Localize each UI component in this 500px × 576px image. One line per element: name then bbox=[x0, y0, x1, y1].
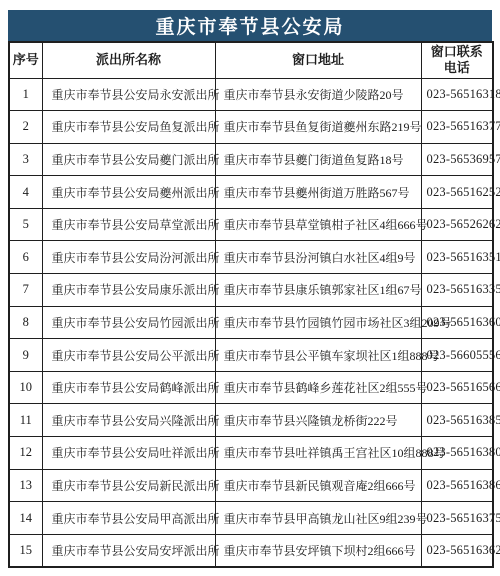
window-address: 重庆市奉节县吐祥镇禹王宫社区10组888号 bbox=[215, 437, 421, 470]
window-phone: 023-56516360 bbox=[421, 306, 493, 339]
station-name: 重庆市奉节县公安局鱼复派出所 bbox=[42, 111, 215, 144]
window-phone: 023-56526262 bbox=[421, 208, 493, 241]
window-phone: 023-56516375 bbox=[421, 502, 493, 535]
row-no: 3 bbox=[9, 143, 42, 176]
row-no: 4 bbox=[9, 176, 42, 209]
window-phone: 023-56605556 bbox=[421, 339, 493, 372]
window-address: 重庆市奉节县夔州街道万胜路567号 bbox=[215, 176, 421, 209]
title-bar: 重庆市奉节县公安局 bbox=[8, 10, 492, 41]
row-no: 15 bbox=[9, 534, 42, 567]
row-no: 12 bbox=[9, 437, 42, 470]
window-address: 重庆市奉节县永安街道少陵路20号 bbox=[215, 78, 421, 111]
column-header-station: 派出所名称 bbox=[42, 42, 215, 78]
table-row: 3重庆市奉节县公安局夔门派出所重庆市奉节县夔门街道鱼复路18号023-56536… bbox=[9, 143, 493, 176]
window-address: 重庆市奉节县汾河镇白水社区4组9号 bbox=[215, 241, 421, 274]
window-phone: 023-56516566 bbox=[421, 371, 493, 404]
table-row: 11重庆市奉节县公安局兴隆派出所重庆市奉节县兴隆镇龙桥街222号023-5651… bbox=[9, 404, 493, 437]
station-name: 重庆市奉节县公安局康乐派出所 bbox=[42, 274, 215, 307]
row-no: 10 bbox=[9, 371, 42, 404]
station-name: 重庆市奉节县公安局永安派出所 bbox=[42, 78, 215, 111]
window-address: 重庆市奉节县竹园镇竹园市场社区3组209号 bbox=[215, 306, 421, 339]
table-row: 1重庆市奉节县公安局永安派出所重庆市奉节县永安街道少陵路20号023-56516… bbox=[9, 78, 493, 111]
row-no: 13 bbox=[9, 469, 42, 502]
table-body: 1重庆市奉节县公安局永安派出所重庆市奉节县永安街道少陵路20号023-56516… bbox=[9, 78, 493, 567]
table-row: 6重庆市奉节县公安局汾河派出所重庆市奉节县汾河镇白水社区4组9号023-5651… bbox=[9, 241, 493, 274]
station-name: 重庆市奉节县公安局夔州派出所 bbox=[42, 176, 215, 209]
column-header-phone: 窗口联系电话 bbox=[421, 42, 493, 78]
window-address: 重庆市奉节县安坪镇下坝村2组666号 bbox=[215, 534, 421, 567]
column-header-address: 窗口地址 bbox=[215, 42, 421, 78]
table-row: 7重庆市奉节县公安局康乐派出所重庆市奉节县康乐镇郭家社区1组67号023-565… bbox=[9, 274, 493, 307]
row-no: 5 bbox=[9, 208, 42, 241]
window-address: 重庆市奉节县新民镇观音庵2组666号 bbox=[215, 469, 421, 502]
window-phone: 023-56516385 bbox=[421, 404, 493, 437]
row-no: 7 bbox=[9, 274, 42, 307]
row-no: 1 bbox=[9, 78, 42, 111]
window-address: 重庆市奉节县鱼复街道夔州东路219号 bbox=[215, 111, 421, 144]
station-name: 重庆市奉节县公安局汾河派出所 bbox=[42, 241, 215, 274]
row-no: 9 bbox=[9, 339, 42, 372]
table-row: 12重庆市奉节县公安局吐祥派出所重庆市奉节县吐祥镇禹王宫社区10组888号023… bbox=[9, 437, 493, 470]
table-row: 15重庆市奉节县公安局安坪派出所重庆市奉节县安坪镇下坝村2组666号023-56… bbox=[9, 534, 493, 567]
row-no: 11 bbox=[9, 404, 42, 437]
station-name: 重庆市奉节县公安局兴隆派出所 bbox=[42, 404, 215, 437]
window-phone: 023-56516362 bbox=[421, 534, 493, 567]
station-name: 重庆市奉节县公安局吐祥派出所 bbox=[42, 437, 215, 470]
station-name: 重庆市奉节县公安局草堂派出所 bbox=[42, 208, 215, 241]
window-address: 重庆市奉节县兴隆镇龙桥街222号 bbox=[215, 404, 421, 437]
row-no: 14 bbox=[9, 502, 42, 535]
table-row: 2重庆市奉节县公安局鱼复派出所重庆市奉节县鱼复街道夔州东路219号023-565… bbox=[9, 111, 493, 144]
table-row: 4重庆市奉节县公安局夔州派出所重庆市奉节县夔州街道万胜路567号023-5651… bbox=[9, 176, 493, 209]
table-row: 14重庆市奉节县公安局甲高派出所重庆市奉节县甲高镇龙山社区9组239号023-5… bbox=[9, 502, 493, 535]
station-name: 重庆市奉节县公安局公平派出所 bbox=[42, 339, 215, 372]
station-name: 重庆市奉节县公安局竹园派出所 bbox=[42, 306, 215, 339]
station-name: 重庆市奉节县公安局夔门派出所 bbox=[42, 143, 215, 176]
window-phone: 023-56516377 bbox=[421, 111, 493, 144]
station-name: 重庆市奉节县公安局鹤峰派出所 bbox=[42, 371, 215, 404]
row-no: 8 bbox=[9, 306, 42, 339]
window-phone: 023-56516351 bbox=[421, 241, 493, 274]
window-phone: 023-56516318 bbox=[421, 78, 493, 111]
header-row: 序号 派出所名称 窗口地址 窗口联系电话 bbox=[9, 42, 493, 78]
row-no: 2 bbox=[9, 111, 42, 144]
table-row: 5重庆市奉节县公安局草堂派出所重庆市奉节县草堂镇柑子社区4组666号023-56… bbox=[9, 208, 493, 241]
column-header-no: 序号 bbox=[9, 42, 42, 78]
window-phone: 023-56516380 bbox=[421, 437, 493, 470]
window-address: 重庆市奉节县康乐镇郭家社区1组67号 bbox=[215, 274, 421, 307]
police-station-table: 序号 派出所名称 窗口地址 窗口联系电话 1重庆市奉节县公安局永安派出所重庆市奉… bbox=[8, 41, 494, 568]
window-address: 重庆市奉节县草堂镇柑子社区4组666号 bbox=[215, 208, 421, 241]
page: 重庆市奉节县公安局 序号 派出所名称 窗口地址 窗口联系电话 1重庆市奉节县公安… bbox=[0, 0, 500, 576]
table-row: 10重庆市奉节县公安局鹤峰派出所重庆市奉节县鹤峰乡莲花社区2组555号023-5… bbox=[9, 371, 493, 404]
window-phone: 023-56516386 bbox=[421, 469, 493, 502]
window-phone: 023-56536957 bbox=[421, 143, 493, 176]
window-phone: 023-56516335 bbox=[421, 274, 493, 307]
window-address: 重庆市奉节县夔门街道鱼复路18号 bbox=[215, 143, 421, 176]
window-address: 重庆市奉节县公平镇车家坝社区1组888号 bbox=[215, 339, 421, 372]
table-row: 13重庆市奉节县公安局新民派出所重庆市奉节县新民镇观音庵2组666号023-56… bbox=[9, 469, 493, 502]
page-title: 重庆市奉节县公安局 bbox=[155, 12, 344, 39]
station-name: 重庆市奉节县公安局新民派出所 bbox=[42, 469, 215, 502]
table-row: 8重庆市奉节县公安局竹园派出所重庆市奉节县竹园镇竹园市场社区3组209号023-… bbox=[9, 306, 493, 339]
station-name: 重庆市奉节县公安局安坪派出所 bbox=[42, 534, 215, 567]
station-name: 重庆市奉节县公安局甲高派出所 bbox=[42, 502, 215, 535]
window-address: 重庆市奉节县甲高镇龙山社区9组239号 bbox=[215, 502, 421, 535]
table-row: 9重庆市奉节县公安局公平派出所重庆市奉节县公平镇车家坝社区1组888号023-5… bbox=[9, 339, 493, 372]
row-no: 6 bbox=[9, 241, 42, 274]
window-phone: 023-56516252 bbox=[421, 176, 493, 209]
window-address: 重庆市奉节县鹤峰乡莲花社区2组555号 bbox=[215, 371, 421, 404]
